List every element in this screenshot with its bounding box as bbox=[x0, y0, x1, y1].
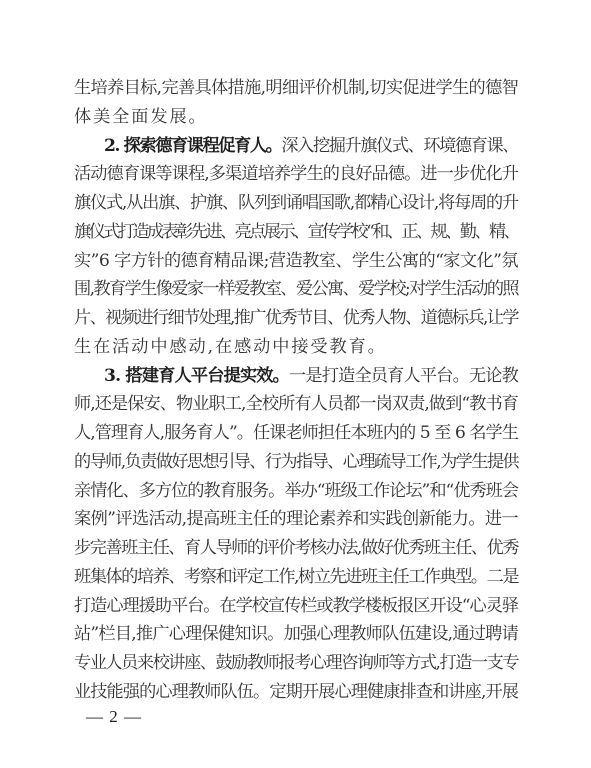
page-number: — 2 — bbox=[86, 704, 142, 730]
text-line: 生培养目标,完善具体措施,明细评价机制,切实促进学生的德智 bbox=[74, 74, 518, 103]
text-line: 旗仪式,从出旗、护旗、队列到诵唱国歌,都精心设计,将每周的升 bbox=[74, 189, 518, 218]
body-text: 生培养目标,完善具体措施,明细评价机制,切实促进学生的德智 体美全面发展。 2.… bbox=[74, 74, 518, 707]
line-text: 旗仪式打造成表彰先进、亮点展示、宣传学校“和、正、规、勤、精、 bbox=[74, 222, 518, 242]
text-line: 站”栏目,推广心理保健知识。加强心理教师队伍建设,通过聘请 bbox=[74, 620, 518, 649]
section-heading-line: 3. 搭建育人平台提实效。一是打造全员育人平台。无论教 bbox=[74, 362, 518, 391]
line-text: 人,管理育人,服务育人”。任课老师担任本班内的 5 至 6 名学生 bbox=[74, 423, 518, 443]
line-text: 旗仪式,从出旗、护旗、队列到诵唱国歌,都精心设计,将每周的升 bbox=[74, 193, 518, 213]
text-line: 实”6 字方针的德育精品课;营造教室、学生公寓的“家文化”氛 bbox=[74, 247, 518, 276]
text-line: 业技能强的心理教师队伍。定期开展心理健康排查和讲座,开展 bbox=[74, 678, 518, 707]
text-line: 步完善班主任、育人导师的评价考核办法,做好优秀班主任、优秀 bbox=[74, 534, 518, 563]
text-line: 人,管理育人,服务育人”。任课老师担任本班内的 5 至 6 名学生 bbox=[74, 419, 518, 448]
text-line: 打造心理援助平台。在学校宣传栏或教学楼板报区开设“心灵驿 bbox=[74, 592, 518, 621]
line-text: 亲情化、多方位的教育服务。举办“班级工作论坛”和“优秀班会 bbox=[74, 481, 518, 501]
line-text: 实”6 字方针的德育精品课;营造教室、学生公寓的“家文化”氛 bbox=[74, 251, 518, 271]
document-page: 生培养目标,完善具体措施,明细评价机制,切实促进学生的德智 体美全面发展。 2.… bbox=[0, 0, 591, 768]
text-line: 生在活动中感动,在感动中接受教育。 bbox=[74, 333, 518, 362]
text-line: 师,还是保安、物业职工,全校所有人员都一岗双责,做到“教书育 bbox=[74, 390, 518, 419]
line-text: 的导师,负责做好思想引导、行为指导、心理疏导工作,为学生提供 bbox=[74, 452, 518, 472]
line-text: 师,还是保安、物业职工,全校所有人员都一岗双责,做到“教书育 bbox=[74, 394, 518, 414]
line-text: 片、视频进行细节处理,推广优秀节目、优秀人物、道德标兵,让学 bbox=[74, 308, 518, 328]
line-text: 站”栏目,推广心理保健知识。加强心理教师队伍建设,通过聘请 bbox=[74, 624, 518, 644]
line-text: 深入挖掘升旗仪式、环境德育课、 bbox=[281, 136, 518, 156]
text-line: 专业人员来校讲座、鼓励教师报考心理咨询师等方式,打造一支专 bbox=[74, 649, 518, 678]
text-line: 亲情化、多方位的教育服务。举办“班级工作论坛”和“优秀班会 bbox=[74, 477, 518, 506]
text-line: 案例”评选活动,提高班主任的理论素养和实践创新能力。进一 bbox=[74, 505, 518, 534]
line-text: 打造心理援助平台。在学校宣传栏或教学楼板报区开设“心灵驿 bbox=[74, 596, 518, 616]
line-text: 专业人员来校讲座、鼓励教师报考心理咨询师等方式,打造一支专 bbox=[74, 653, 518, 673]
text-line: 片、视频进行细节处理,推广优秀节目、优秀人物、道德标兵,让学 bbox=[74, 304, 518, 333]
section-heading-3: 3. 搭建育人平台提实效。 bbox=[104, 366, 289, 386]
line-text: 生在活动中感动,在感动中接受教育。 bbox=[74, 337, 387, 357]
text-line: 活动德育课等课程,多渠道培养学生的良好品德。进一步优化升 bbox=[74, 160, 518, 189]
line-text: 案例”评选活动,提高班主任的理论素养和实践创新能力。进一 bbox=[74, 509, 518, 529]
line-text: 班集体的培养、考察和评定工作,树立先进班主任工作典型。二是 bbox=[74, 567, 518, 587]
line-text: 步完善班主任、育人导师的评价考核办法,做好优秀班主任、优秀 bbox=[74, 538, 518, 558]
text-line: 围,教育学生像爱家一样爱教室、爱公寓、爱学校;对学生活动的照 bbox=[74, 275, 518, 304]
line-text: 生培养目标,完善具体措施,明细评价机制,切实促进学生的德智 bbox=[74, 78, 518, 98]
text-line: 的导师,负责做好思想引导、行为指导、心理疏导工作,为学生提供 bbox=[74, 448, 518, 477]
text-line: 体美全面发展。 bbox=[74, 103, 518, 132]
text-line: 旗仪式打造成表彰先进、亮点展示、宣传学校“和、正、规、勤、精、 bbox=[74, 218, 518, 247]
section-heading-line: 2. 探索德育课程促育人。深入挖掘升旗仪式、环境德育课、 bbox=[74, 132, 518, 161]
text-line: 班集体的培养、考察和评定工作,树立先进班主任工作典型。二是 bbox=[74, 563, 518, 592]
line-text: 业技能强的心理教师队伍。定期开展心理健康排查和讲座,开展 bbox=[74, 682, 518, 702]
line-text: 一是打造全员育人平台。无论教 bbox=[289, 366, 518, 386]
section-heading-2: 2. 探索德育课程促育人。 bbox=[104, 136, 281, 156]
line-text: 活动德育课等课程,多渠道培养学生的良好品德。进一步优化升 bbox=[74, 164, 518, 184]
line-text: 体美全面发展。 bbox=[74, 107, 208, 127]
line-text: 围,教育学生像爱家一样爱教室、爱公寓、爱学校;对学生活动的照 bbox=[74, 279, 518, 299]
